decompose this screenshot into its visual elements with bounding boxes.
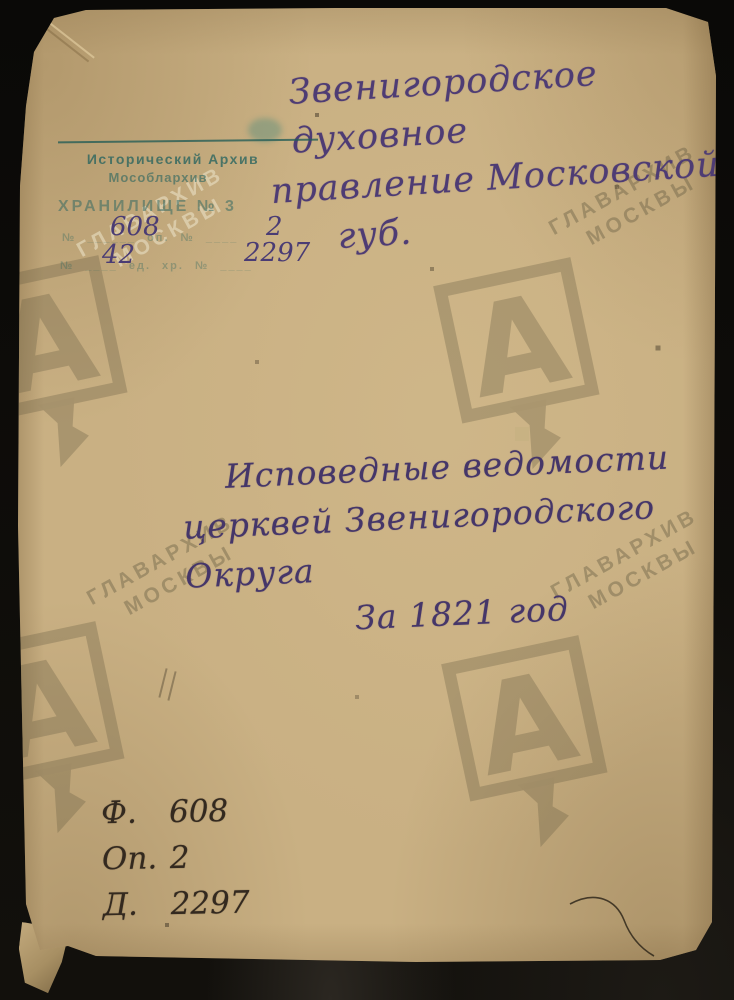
archive-stamp: Исторический Архив Мособлархив ХРАНИЛИЩЕ… (58, 136, 330, 302)
stamp-rule (58, 139, 318, 144)
reference-row-fond: Ф. 608 (101, 788, 249, 837)
reference-block: Ф. 608 Оп. 2 Д. 2297 (101, 788, 250, 929)
archival-scan: А ГЛАВАРХИВ МОСКВЫ А ГЛАВАРХИВ МОСКВЫ А (0, 0, 734, 1000)
opis-label: Оп. (102, 835, 161, 882)
stamp-org-line2: Мособлархив (58, 170, 258, 185)
stamp-printed-row2: № ____ ед. хр. № ____ (60, 260, 253, 272)
folder-cover: А ГЛАВАРХИВ МОСКВЫ А ГЛАВАРХИВ МОСКВЫ А (16, 6, 718, 982)
stamp-storage-line: ХРАНИЛИЩЕ № 3 (58, 198, 330, 216)
glavarhiv-logo-watermark: А (422, 617, 637, 874)
title-inscription: Исповедные ведомости церквей Звенигородс… (170, 430, 734, 650)
fond-label: Ф. (101, 789, 160, 836)
delo-label: Д. (102, 881, 161, 928)
reference-row-delo: Д. 2297 (102, 880, 250, 929)
corner-crease-shadow (33, 18, 89, 63)
watermark-monogram: А (455, 265, 580, 427)
watermark-monogram: А (0, 629, 105, 791)
stamp-number-rows: № ______ оп. № ____ № ____ ед. хр. № ___… (58, 218, 330, 302)
fond-value: 608 (169, 793, 229, 830)
delo-value: 2297 (170, 885, 250, 922)
stamp-bundle-number: 42 (102, 240, 135, 270)
pencil-ditto-mark (162, 668, 192, 708)
pen-scratch-mark (566, 892, 666, 962)
corner-crease (35, 11, 95, 58)
stamp-org-line1: Исторический Архив (58, 151, 288, 167)
paper-specks (16, 6, 18, 8)
watermark-monogram: А (463, 643, 588, 805)
opis-value: 2 (170, 840, 190, 876)
stamp-fond-number: 608 (110, 212, 160, 242)
reference-row-opis: Оп. 2 (102, 834, 250, 883)
stamp-item-number: 2297 (244, 238, 310, 268)
